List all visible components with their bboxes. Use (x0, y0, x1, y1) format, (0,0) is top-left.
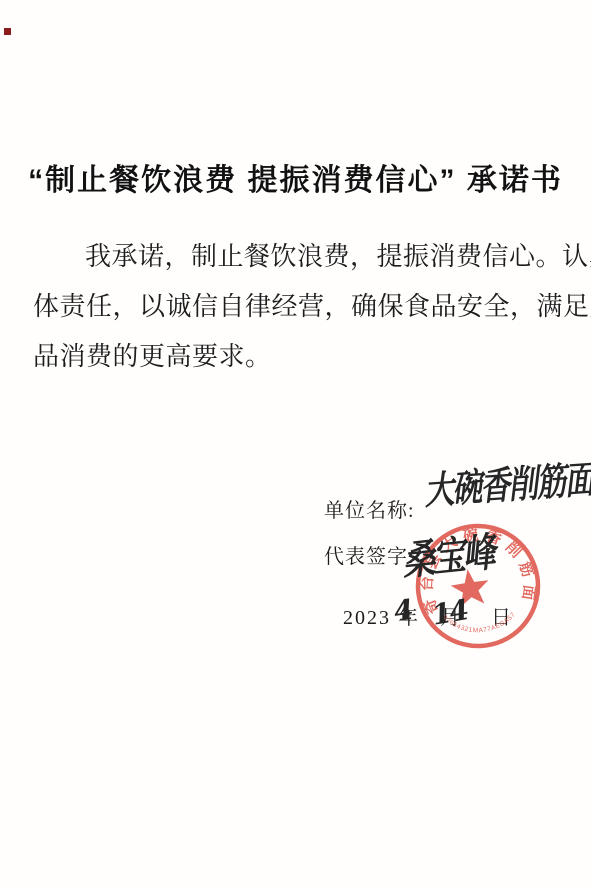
signature-block: 单位名称: 大碗香削筋面 代表签字: 桑宝峰 2023 年月日 4 14 奇台县… (0, 0, 591, 886)
scanned-pledge-document: “制止餐饮浪费 提振消费信心” 承诺书 我承诺，制止餐饮浪费，提振消费信心。认真… (0, 0, 591, 886)
body-line-1: 我承诺，制止餐饮浪费，提振消费信心。认真践行企业主 (33, 232, 558, 282)
official-red-seal-stamp: 奇台县大碗香削筋面餐饮店 92654321MA77AEGA57 (408, 516, 548, 656)
stamp-credit-code: 92654321MA77AEGA57 (440, 604, 519, 639)
body-line-2: 体责任，以诚信自律经营，确保食品安全，满足人民群众对食 (33, 282, 558, 332)
date-month-printed: 月 (440, 601, 461, 630)
date-day-printed: 日 (491, 601, 512, 630)
scan-corner-artifact (4, 28, 11, 35)
stamp-star-icon (449, 567, 492, 608)
date-line: 2023 年月日 (343, 601, 512, 630)
unit-name-label: 单位名称: (324, 494, 415, 523)
stamp-outer-ring (410, 518, 546, 654)
representative-signature-handwritten: 桑宝峰 (399, 521, 495, 587)
stamp-ring-text: 奇台县大碗香削筋面餐饮店 (408, 516, 541, 620)
date-day-handwritten: 14 (429, 593, 469, 632)
date-month-handwritten: 4 (392, 593, 416, 628)
pledge-body-paragraph: 我承诺，制止餐饮浪费，提振消费信心。认真践行企业主 体责任，以诚信自律经营，确保… (33, 232, 558, 382)
document-title: “制止餐饮浪费 提振消费信心” 承诺书 (0, 155, 591, 199)
date-year-printed: 2023 年 (343, 601, 420, 630)
unit-name-handwritten-value: 大碗香削筋面 (422, 448, 591, 515)
representative-signature-label: 代表签字: (324, 540, 415, 569)
body-line-3: 品消费的更高要求。 (33, 332, 558, 382)
